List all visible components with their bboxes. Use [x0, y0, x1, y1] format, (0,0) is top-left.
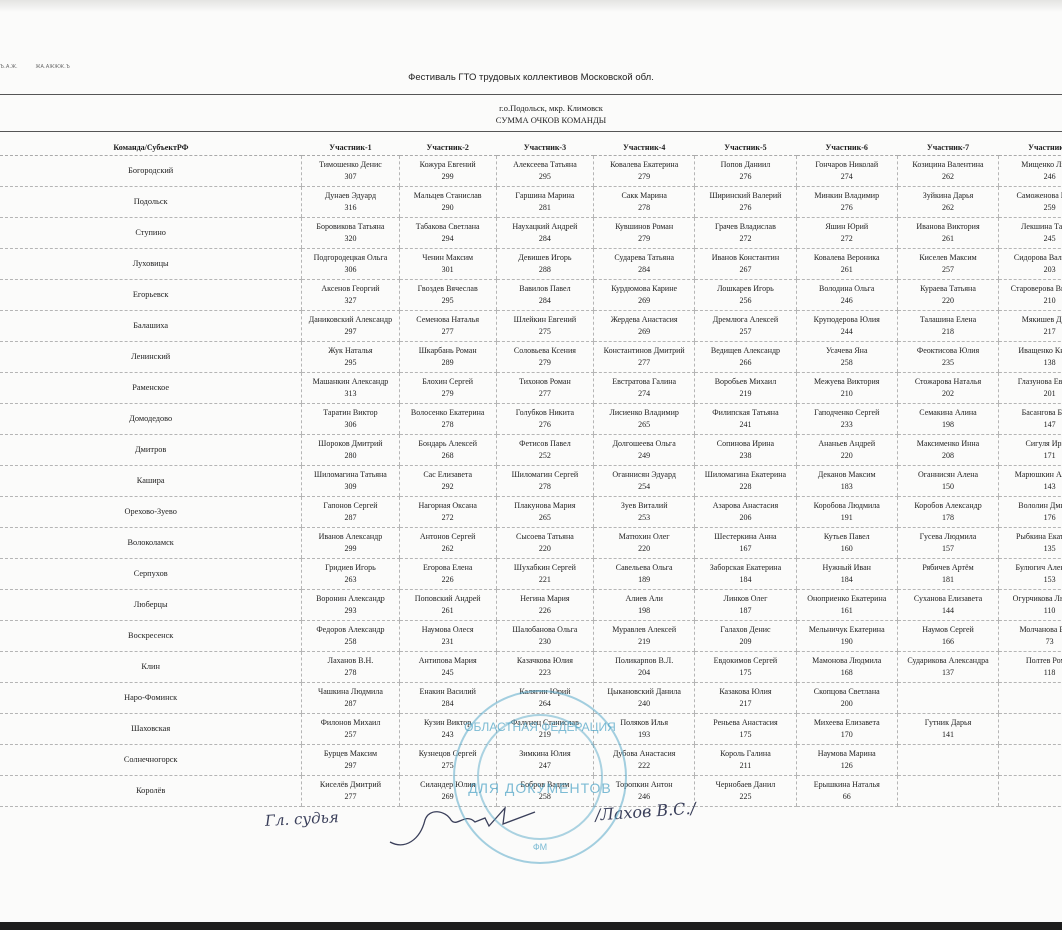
participant-points: 147: [999, 419, 1062, 431]
table-row: Наро-ФоминскЧашкина Людмила287Енакин Вас…: [0, 683, 1062, 714]
table-row: КашираШиломагина Татьяна309Сас Елизавета…: [0, 466, 1062, 497]
participant-points: 277: [594, 357, 694, 369]
participant-points: 201: [999, 388, 1062, 400]
participant-name: Соловьева Ксения: [497, 345, 593, 357]
participant-points: 269: [594, 326, 694, 338]
participant-points: 295: [400, 295, 496, 307]
participant-cell: Антонов Сергей262: [399, 528, 496, 559]
participant-name: Азарова Анастасия: [695, 500, 795, 512]
participant-cell: Подгородецкая Ольга306: [302, 249, 399, 280]
participant-name: Рыбкина Екатерина: [999, 531, 1062, 543]
participant-cell: Фалунец Станислав219: [496, 714, 593, 745]
participant-name: Шиломагин Сергей: [497, 469, 593, 481]
participant-cell: Староверова Виктория210: [999, 280, 1062, 311]
participant-name: Ананьев Андрей: [797, 438, 897, 450]
participant-cell: Боровикова Татьяна320: [302, 218, 399, 249]
participant-cell: Филипская Татьяна241: [695, 404, 796, 435]
participant-points: 287: [302, 512, 398, 524]
participant-points: 292: [400, 481, 496, 493]
participant-cell: Мальцев Станислав290: [399, 187, 496, 218]
participant-points: 230: [497, 636, 593, 648]
participant-name: Гаршина Марина: [497, 190, 593, 202]
participant-points: 272: [695, 233, 795, 245]
participant-name: Гусева Людмила: [898, 531, 998, 543]
participant-name: Филипская Татьяна: [695, 407, 795, 419]
participant-name: Киселев Максим: [898, 252, 998, 264]
chief-judge-label: Гл. судья: [265, 808, 340, 830]
participant-cell: Рыбкина Екатерина135: [999, 528, 1062, 559]
participant-name: Коробов Александр: [898, 500, 998, 512]
participant-cell: Шиломагина Екатерина228: [695, 466, 796, 497]
participant-name: Девишев Игорь: [497, 252, 593, 264]
participant-cell: Вололин Дмитрий176: [999, 497, 1062, 528]
participant-cell: Иващенко Кирилл138: [999, 342, 1062, 373]
participant-name: Лаханов В.Н.: [302, 655, 398, 667]
corner-code-1: Ъ.А.Ж.: [0, 64, 18, 70]
participant-points: 221: [497, 574, 593, 586]
participant-cell: Сопинова Ирина238: [695, 435, 796, 466]
participant-name: Курдюмова Карине: [594, 283, 694, 295]
table-row: БалашихаДаниковский Александр297Семенова…: [0, 311, 1062, 342]
participant-name: Зуев Виталий: [594, 500, 694, 512]
participant-name: Сопинова Ирина: [695, 438, 795, 450]
participant-cell: Даниковский Александр297: [302, 311, 399, 342]
column-header-participant-3: Участник-3: [496, 141, 593, 156]
participant-points: 206: [695, 512, 795, 524]
participant-name: Молчанова Елена: [999, 624, 1062, 636]
participant-cell: Кожура Евгений299: [399, 156, 496, 187]
participant-points: 160: [797, 543, 897, 555]
table-row: Орехово-ЗуевоГапонов Сергей287Нагорная О…: [0, 497, 1062, 528]
participant-name: Сидорова Валентина: [999, 252, 1062, 264]
participant-name: Наумова Марина: [797, 748, 897, 760]
participant-points: 297: [302, 326, 398, 338]
participant-cell: Жердева Анастасия269: [594, 311, 695, 342]
participant-name: Сакк Марина: [594, 190, 694, 202]
column-header-participant-1: Участник-1: [302, 141, 399, 156]
participant-name: Иванова Виктория: [898, 221, 998, 233]
participant-cell: Молчанова Елена73: [999, 621, 1062, 652]
participant-name: Староверова Виктория: [999, 283, 1062, 295]
participant-points: 268: [400, 450, 496, 462]
participant-name: Антипова Мария: [400, 655, 496, 667]
participant-cell: Реньева Анастасия175: [695, 714, 796, 745]
participant-name: Поликарпов В.Л.: [594, 655, 694, 667]
participant-cell: Таратин Виктор306: [302, 404, 399, 435]
column-header-participant-8: Участник-8: [999, 141, 1062, 156]
participant-points: 222: [594, 760, 694, 772]
participant-points: 66: [797, 791, 897, 803]
team-name: Королёв: [0, 776, 302, 807]
table-row: СтупиноБоровикова Татьяна320Табакова Све…: [0, 218, 1062, 249]
participant-name: Бурцев Максим: [302, 748, 398, 760]
table-row: ДомодедовоТаратин Виктор306Волосенко Ека…: [0, 404, 1062, 435]
participant-name: Подгородецкая Ольга: [302, 252, 398, 264]
participant-name: Попов Даниил: [695, 159, 795, 171]
participant-points: 166: [898, 636, 998, 648]
participant-cell: Чашкина Людмила287: [302, 683, 399, 714]
participant-cell: Алексеева Татьяна295: [496, 156, 593, 187]
team-name: Богородский: [0, 156, 302, 187]
participant-name: Лекшина Таисия: [999, 221, 1062, 233]
participant-cell: [999, 683, 1062, 714]
participant-name: Минкин Владимир: [797, 190, 897, 202]
participant-cell: Вавилов Павел284: [496, 280, 593, 311]
participant-cell: Семакина Алина198: [897, 404, 998, 435]
participant-name: Федоров Александр: [302, 624, 398, 636]
participant-points: 265: [497, 512, 593, 524]
participant-points: 279: [497, 357, 593, 369]
participant-points: 198: [594, 605, 694, 617]
participant-cell: Блохин Сергей279: [399, 373, 496, 404]
column-header-participant-6: Участник-6: [796, 141, 897, 156]
participant-points: 289: [400, 357, 496, 369]
participant-points: 219: [695, 388, 795, 400]
participant-name: Сударева Татьяна: [594, 252, 694, 264]
team-name: Воскресенск: [0, 621, 302, 652]
participant-points: 293: [302, 605, 398, 617]
participant-points: 301: [400, 264, 496, 276]
participant-points: 157: [898, 543, 998, 555]
participant-name: Гапонов Сергей: [302, 500, 398, 512]
participant-name: Даниковский Александр: [302, 314, 398, 326]
participant-points: 220: [594, 543, 694, 555]
participant-name: Мищенко Лидия: [999, 159, 1062, 171]
team-name: Егорьевск: [0, 280, 302, 311]
participant-points: 299: [302, 543, 398, 555]
participant-cell: Дубова Анастасия222: [594, 745, 695, 776]
participant-points: 262: [898, 202, 998, 214]
participant-cell: Зуев Виталий253: [594, 497, 695, 528]
participant-cell: Казакова Юлия217: [695, 683, 796, 714]
participant-cell: Тимошенко Денис307: [302, 156, 399, 187]
participant-points: 231: [400, 636, 496, 648]
participant-name: Козицина Валентина: [898, 159, 998, 171]
participant-points: 284: [497, 295, 593, 307]
participant-points: 167: [695, 543, 795, 555]
participant-points: 278: [497, 481, 593, 493]
participant-points: 226: [497, 605, 593, 617]
participant-name: Кувшинов Роман: [594, 221, 694, 233]
participant-cell: Шухабкин Сергей221: [496, 559, 593, 590]
venue-location: г.о.Подольск, мкр. Климовск: [0, 102, 1062, 114]
participant-points: 135: [999, 543, 1062, 555]
participant-cell: Рябичев Артём181: [897, 559, 998, 590]
participant-points: 316: [302, 202, 398, 214]
participant-name: Матюхин Олег: [594, 531, 694, 543]
participant-cell: [897, 776, 998, 807]
participant-cell: Гаршина Марина281: [496, 187, 593, 218]
participant-cell: Талашина Елена218: [897, 311, 998, 342]
team-name: Подольск: [0, 187, 302, 218]
participant-name: Реньева Анастасия: [695, 717, 795, 729]
team-name: Кашира: [0, 466, 302, 497]
participant-points: 284: [497, 233, 593, 245]
participant-cell: Суханова Елизавета144: [897, 590, 998, 621]
participant-name: Голубков Никита: [497, 407, 593, 419]
participant-points: 272: [400, 512, 496, 524]
participant-cell: Шалобанова Ольга230: [496, 621, 593, 652]
participant-name: Антонов Сергей: [400, 531, 496, 543]
participant-cell: Фетисов Павел252: [496, 435, 593, 466]
participant-name: Деканов Максим: [797, 469, 897, 481]
participant-cell: [999, 745, 1062, 776]
participant-cell: Бондарь Алексей268: [399, 435, 496, 466]
participant-points: 276: [497, 419, 593, 431]
participant-name: Казакова Юлия: [695, 686, 795, 698]
participant-name: Тихонов Роман: [497, 376, 593, 388]
venue-block: г.о.Подольск, мкр. Климовск СУММА ОЧКОВ …: [0, 102, 1062, 126]
participant-name: Басангова Баира: [999, 407, 1062, 419]
participant-name: Межуева Виктория: [797, 376, 897, 388]
participant-points: 244: [797, 326, 897, 338]
participant-cell: Шиломагин Сергей278: [496, 466, 593, 497]
participant-cell: Оноприенко Екатерина161: [796, 590, 897, 621]
participant-cell: Минкин Владимир276: [796, 187, 897, 218]
team-name: Волоколамск: [0, 528, 302, 559]
participant-cell: Лекшина Таисия245: [999, 218, 1062, 249]
team-name: Клин: [0, 652, 302, 683]
participant-points: 210: [999, 295, 1062, 307]
participant-points: 150: [898, 481, 998, 493]
participant-name: Гутник Дарья: [898, 717, 998, 729]
participant-name: Таратин Виктор: [302, 407, 398, 419]
table-row: ДмитровШороков Дмитрий280Бондарь Алексей…: [0, 435, 1062, 466]
participant-name: Гвоздев Вячеслав: [400, 283, 496, 295]
participant-name: Шестеркина Анна: [695, 531, 795, 543]
participant-points: 110: [999, 605, 1062, 617]
participant-cell: Воробьев Михаил219: [695, 373, 796, 404]
participant-points: 176: [999, 512, 1062, 524]
participant-points: 288: [497, 264, 593, 276]
participant-cell: Мамонова Людмила168: [796, 652, 897, 683]
corner-code-2: ЖА.АЖЖЖ.Ъ: [36, 64, 71, 70]
participant-cell: Машанкин Александр313: [302, 373, 399, 404]
participant-name: Наухацкий Андрей: [497, 221, 593, 233]
participant-name: Плакунова Мария: [497, 500, 593, 512]
participant-name: Булюгич Александр: [999, 562, 1062, 574]
participant-cell: Глазунова Евгения201: [999, 373, 1062, 404]
participant-cell: Гутник Дарья141: [897, 714, 998, 745]
participant-name: Сысоева Татьяна: [497, 531, 593, 543]
participant-cell: Филонов Михаил257: [302, 714, 399, 745]
participant-points: 275: [400, 760, 496, 772]
participant-cell: Сас Елизавета292: [399, 466, 496, 497]
participant-name: Боровикова Татьяна: [302, 221, 398, 233]
participant-points: 247: [497, 760, 593, 772]
participant-points: 202: [898, 388, 998, 400]
participant-points: 290: [400, 202, 496, 214]
participant-cell: Калягин Юрий264: [496, 683, 593, 714]
participant-cell: Иванов Александр299: [302, 528, 399, 559]
participant-cell: Козицина Валентина262: [897, 156, 998, 187]
participant-cell: Ерышкина Наталья66: [796, 776, 897, 807]
participant-cell: Шороков Дмитрий280: [302, 435, 399, 466]
table-row: ВолоколамскИванов Александр299Антонов Се…: [0, 528, 1062, 559]
participant-name: Шкарбань Роман: [400, 345, 496, 357]
participant-name: Кузин Виктор: [400, 717, 496, 729]
participant-cell: Полтев Роман118: [999, 652, 1062, 683]
participant-name: Наумова Олеся: [400, 624, 496, 636]
participant-points: 309: [302, 481, 398, 493]
participant-points: 284: [400, 698, 496, 710]
participant-points: 278: [594, 202, 694, 214]
participant-name: Нужный Иван: [797, 562, 897, 574]
participant-cell: Федоров Александр258: [302, 621, 399, 652]
participant-points: 181: [898, 574, 998, 586]
participant-name: Дремлюга Алексей: [695, 314, 795, 326]
participant-name: Коробова Людмила: [797, 500, 897, 512]
participant-points: 261: [797, 264, 897, 276]
participant-cell: Нагорная Оксана272: [399, 497, 496, 528]
participant-cell: Сысоева Татьяна220: [496, 528, 593, 559]
participant-cell: Ширинский Валерий276: [695, 187, 796, 218]
participant-points: 141: [898, 729, 998, 741]
team-name: Солнечногорск: [0, 745, 302, 776]
participant-cell: Галахов Денис209: [695, 621, 796, 652]
participant-cell: Ведищев Александр266: [695, 342, 796, 373]
participant-name: Дубова Анастасия: [594, 748, 694, 760]
participant-points: 226: [400, 574, 496, 586]
participant-name: Нагорная Оксана: [400, 500, 496, 512]
participant-cell: Деканов Максим183: [796, 466, 897, 497]
participant-points: 143: [999, 481, 1062, 493]
scan-bottom-edge: [0, 922, 1062, 930]
participant-name: Шухабкин Сергей: [497, 562, 593, 574]
participant-name: Торопкин Антон: [594, 779, 694, 791]
participant-points: 279: [594, 171, 694, 183]
participant-points: 228: [695, 481, 795, 493]
participant-name: Кожура Евгений: [400, 159, 496, 171]
participant-name: Шалобанова Ольга: [497, 624, 593, 636]
participant-cell: Воронин Александр293: [302, 590, 399, 621]
participant-cell: Мищенко Лидия246: [999, 156, 1062, 187]
participant-cell: Наумова Олеся231: [399, 621, 496, 652]
participant-points: 220: [898, 295, 998, 307]
participant-cell: Семенова Наталья277: [399, 311, 496, 342]
participant-points: 178: [898, 512, 998, 524]
participant-cell: Негина Мария226: [496, 590, 593, 621]
participant-cell: Алиев Али198: [594, 590, 695, 621]
participant-name: Сигуля Ирина: [999, 438, 1062, 450]
participant-points: 243: [400, 729, 496, 741]
participant-name: Иванов Константин: [695, 252, 795, 264]
participant-cell: Наумов Сергей166: [897, 621, 998, 652]
participant-points: 269: [594, 295, 694, 307]
participant-points: 276: [695, 171, 795, 183]
participant-points: 161: [797, 605, 897, 617]
participant-name: Полтев Роман: [999, 655, 1062, 667]
participant-cell: Мякишев Денис217: [999, 311, 1062, 342]
participant-name: Рябичев Артём: [898, 562, 998, 574]
participant-name: Енакин Василий: [400, 686, 496, 698]
participant-points: 274: [594, 388, 694, 400]
participant-points: 262: [898, 171, 998, 183]
participant-name: Киселёв Дмитрий: [302, 779, 398, 791]
participant-cell: Дунаев Эдуард316: [302, 187, 399, 218]
participant-name: Поповский Андрей: [400, 593, 496, 605]
participant-cell: [897, 745, 998, 776]
participant-name: Саможенова Ирина: [999, 190, 1062, 202]
participant-name: Оноприенко Екатерина: [797, 593, 897, 605]
participant-name: Егорова Елена: [400, 562, 496, 574]
participant-cell: Жук Наталья295: [302, 342, 399, 373]
participant-name: Казачкова Юлия: [497, 655, 593, 667]
participant-cell: Шкарбань Роман289: [399, 342, 496, 373]
participant-cell: Ковалева Вероника261: [796, 249, 897, 280]
participant-points: 217: [999, 326, 1062, 338]
participant-points: 306: [302, 264, 398, 276]
participant-cell: Гвоздев Вячеслав295: [399, 280, 496, 311]
participant-name: Воробьев Михаил: [695, 376, 795, 388]
participant-points: 306: [302, 419, 398, 431]
table-row: БогородскийТимошенко Денис307Кожура Евге…: [0, 156, 1062, 187]
participant-cell: Межуева Виктория210: [796, 373, 897, 404]
participant-name: Наумов Сергей: [898, 624, 998, 636]
participant-points: 175: [695, 667, 795, 679]
participant-points: 144: [898, 605, 998, 617]
participant-points: 253: [594, 512, 694, 524]
team-name: Орехово-Зуево: [0, 497, 302, 528]
table-row: СерпуховГридиев Игорь263Егорова Елена226…: [0, 559, 1062, 590]
participant-points: 295: [497, 171, 593, 183]
participant-points: 126: [797, 760, 897, 772]
participant-cell: Цыкановский Данила240: [594, 683, 695, 714]
participant-cell: Мельничук Екатерина190: [796, 621, 897, 652]
participant-name: Машанкин Александр: [302, 376, 398, 388]
participant-points: 258: [302, 636, 398, 648]
participant-cell: Плакунова Мария265: [496, 497, 593, 528]
participant-points: 200: [797, 698, 897, 710]
participant-name: Шлейкин Евгений: [497, 314, 593, 326]
participant-points: 249: [594, 450, 694, 462]
participant-points: 218: [898, 326, 998, 338]
participant-name: Табакова Светлана: [400, 221, 496, 233]
participant-points: 276: [797, 202, 897, 214]
festival-title: Фестиваль ГТО трудовых коллективов Моско…: [0, 72, 1062, 83]
participant-name: Круподерова Юлия: [797, 314, 897, 326]
participant-cell: Яшин Юрий272: [796, 218, 897, 249]
team-name: Луховицы: [0, 249, 302, 280]
participant-cell: Шлейкин Евгений275: [496, 311, 593, 342]
participant-points: 254: [594, 481, 694, 493]
table-row: РаменскоеМашанкин Александр313Блохин Сер…: [0, 373, 1062, 404]
participant-points: 279: [594, 233, 694, 245]
participant-points: 219: [497, 729, 593, 741]
participant-name: Глазунова Евгения: [999, 376, 1062, 388]
participant-points: 297: [302, 760, 398, 772]
table-row: СолнечногорскБурцев Максим297Кузнецов Се…: [0, 745, 1062, 776]
participant-points: 299: [400, 171, 496, 183]
participant-points: 153: [999, 574, 1062, 586]
participant-cell: Володина Ольга246: [796, 280, 897, 311]
participant-name: Иващенко Кирилл: [999, 345, 1062, 357]
participant-cell: Коробов Александр178: [897, 497, 998, 528]
signature-block: Гл. судья /Лахов В.С./: [265, 800, 785, 860]
participant-name: Зуйкина Дарья: [898, 190, 998, 202]
participant-name: Лисиенко Владимир: [594, 407, 694, 419]
participant-points: 184: [695, 574, 795, 586]
participant-name: Фетисов Павел: [497, 438, 593, 450]
participant-cell: Скопцова Светлана200: [796, 683, 897, 714]
participant-points: 245: [999, 233, 1062, 245]
participant-name: Аксенов Георгий: [302, 283, 398, 295]
participant-name: Лошкарев Игорь: [695, 283, 795, 295]
participant-name: Дунаев Эдуард: [302, 190, 398, 202]
participant-points: 272: [797, 233, 897, 245]
table-header-row: Команда/СубъектРФУчастник-1Участник-2Уча…: [0, 141, 1062, 156]
participant-points: 184: [797, 574, 897, 586]
